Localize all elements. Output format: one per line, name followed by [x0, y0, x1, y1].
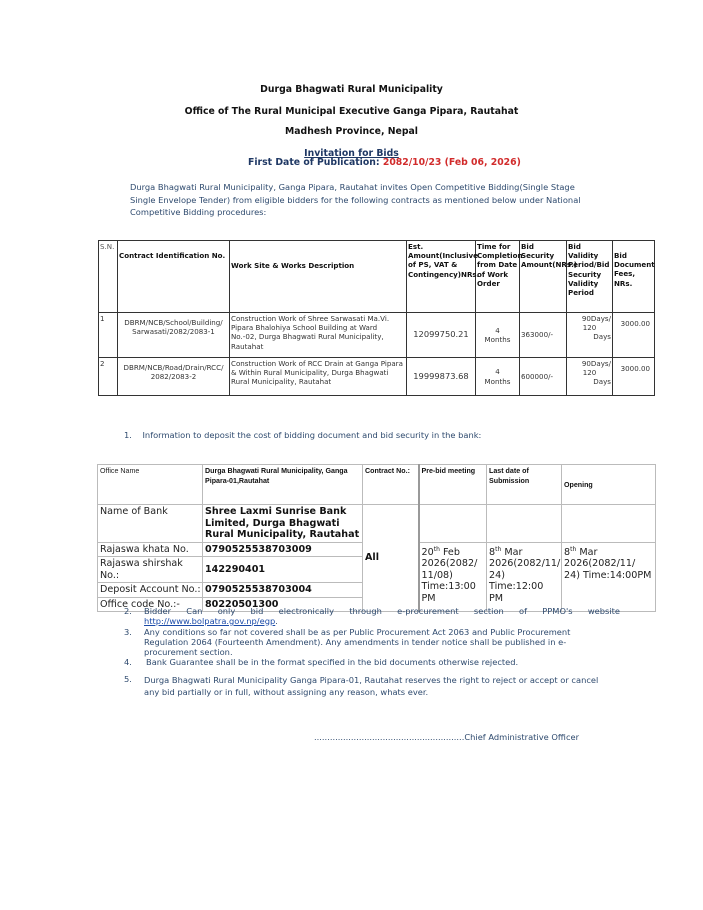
- item-number: 3.: [124, 627, 132, 637]
- office-name-value: Durga Bhagwati Rural Municipality, Ganga…: [203, 465, 363, 505]
- validity-part2: 120: [568, 368, 611, 377]
- validity-part3: Days: [568, 332, 611, 341]
- municipality-name: Durga Bhagwati Rural Municipality: [0, 84, 703, 95]
- khata-label: Rajaswa khata No.: [98, 542, 203, 557]
- info-item-5: 5. Durga Bhagwati Rural Municipality Gan…: [124, 674, 624, 698]
- item-number: 1.: [124, 430, 132, 440]
- info-item-4: 4. Bank Guarantee shall be in the format…: [124, 657, 624, 669]
- validity-part1: 90Days/: [568, 359, 611, 368]
- item-number: 2.: [124, 606, 132, 616]
- header-work-site: Work Site & Works Description: [230, 241, 407, 313]
- time-unit: Months: [477, 335, 518, 344]
- item-text: Any conditions so far not covered shall …: [144, 627, 584, 657]
- publication-label: First Date of Publication:: [248, 157, 380, 168]
- opening-value: 8th Mar 2026(2082/11/ 24) Time:14:00PM: [562, 542, 656, 612]
- empty-cell: [487, 505, 562, 543]
- row-est-amount: 19999873.68: [407, 358, 476, 396]
- item-body: Bidder Can only bid electronically throu…: [144, 606, 620, 626]
- last-date-value: 8th Mar 2026(2082/11/ 24) Time:12:00 PM: [487, 542, 562, 612]
- prebid-value: 20th Feb 2026(2082/ 11/08) Time:13:00 PM: [419, 542, 487, 612]
- time-unit: Months: [477, 377, 518, 386]
- row-doc-fees: 3000.00: [613, 358, 655, 396]
- prebid-day: 20: [422, 547, 434, 558]
- publication-date-line: First Date of Publication: 2082/10/23 (F…: [248, 157, 521, 168]
- header-time: Time for Completion from Date of Work Or…: [476, 241, 520, 313]
- time-number: 4: [477, 326, 518, 335]
- bolpatra-link[interactable]: http://www.bolpatra.gov.np/egp: [144, 616, 275, 626]
- row-contract-id: DBRM/NCB/School/Building/ Sarwasati/2082…: [118, 313, 230, 358]
- item-text: Information to deposit the cost of biddi…: [142, 430, 481, 440]
- intro-paragraph: Durga Bhagwati Rural Municipality, Ganga…: [130, 181, 590, 219]
- deposit-value: 0790525538703004: [203, 583, 363, 598]
- validity-part2: 120: [568, 323, 611, 332]
- row-sn: 1: [99, 313, 118, 358]
- last-rest: Mar 2026(2082/11/ 24) Time:12:00 PM: [489, 547, 560, 604]
- bank-info-table: Office Name Durga Bhagwati Rural Municip…: [97, 464, 656, 612]
- opening-sup: th: [570, 546, 576, 553]
- row-est-amount: 12099750.21: [407, 313, 476, 358]
- info-item-3: 3. Any conditions so far not covered sha…: [124, 627, 624, 657]
- contract-no-value: All: [363, 505, 419, 612]
- row-contract-id: DBRM/NCB/Road/Drain/RCC/ 2082/2083-2: [118, 358, 230, 396]
- row-time: 4 Months: [476, 313, 520, 358]
- shirshak-label: Rajaswa shirshak No.:: [98, 557, 203, 583]
- bank-header-row: Office Name Durga Bhagwati Rural Municip…: [98, 465, 656, 505]
- last-date-label: Last date of Submission: [487, 465, 562, 505]
- publication-date: 2082/10/23 (Feb 06, 2026): [383, 157, 521, 168]
- opening-label: Opening: [562, 465, 656, 505]
- signature-title: Chief Administrative Officer: [464, 732, 579, 742]
- row-work-site: Construction Work of Shree Sarwasati Ma.…: [230, 313, 407, 358]
- time-number: 4: [477, 367, 518, 376]
- bank-value: Shree Laxmi Sunrise Bank Limited, Durga …: [203, 505, 363, 543]
- empty-cell: [419, 505, 487, 543]
- header-contract-id: Contract Identification No.: [118, 241, 230, 313]
- header-validity: Bid Validity Period/Bid Security Validit…: [567, 241, 613, 313]
- row-bid-security: 363000/-: [520, 313, 567, 358]
- shirshak-value: 142290401: [203, 557, 363, 583]
- contract-no-label: Contract No.:: [363, 465, 419, 505]
- prebid-label: Pre-bid meeting: [419, 465, 487, 505]
- table-row: 2 DBRM/NCB/Road/Drain/RCC/ 2082/2083-2 C…: [99, 358, 655, 396]
- table-row: 1 DBRM/NCB/School/Building/ Sarwasati/20…: [99, 313, 655, 358]
- row-work-site: Construction Work of RCC Drain at Ganga …: [230, 358, 407, 396]
- last-sup: th: [495, 546, 501, 553]
- validity-part3: Days: [568, 377, 611, 386]
- office-name: Office of The Rural Municipal Executive …: [0, 106, 703, 117]
- prebid-sup: th: [434, 546, 440, 553]
- header-est-amount: Est. Amount(Inclusive of PS, VAT & Conti…: [407, 241, 476, 313]
- province-name: Madhesh Province, Nepal: [0, 126, 703, 137]
- bank-name-row: Name of Bank Shree Laxmi Sunrise Bank Li…: [98, 505, 656, 543]
- contracts-table: S.N. Contract Identification No. Work Si…: [98, 240, 655, 396]
- empty-cell: [562, 505, 656, 543]
- opening-rest: Mar 2026(2082/11/ 24) Time:14:00PM: [564, 547, 651, 581]
- item-number: 5.: [124, 674, 132, 684]
- item-number: 4.: [124, 657, 132, 667]
- deposit-label: Deposit Account No.:: [98, 583, 203, 598]
- header-bid-security: Bid Security Amount(NRs.): [520, 241, 567, 313]
- table-header-row: S.N. Contract Identification No. Work Si…: [99, 241, 655, 313]
- row-validity: 90Days/ 120 Days: [567, 358, 613, 396]
- item-text: Bank Guarantee shall be in the format sp…: [146, 657, 622, 667]
- office-name-label: Office Name: [98, 465, 203, 505]
- item-text: Bidder Can only bid electronically throu…: [144, 606, 620, 616]
- header-sn: S.N.: [99, 241, 118, 313]
- header-doc-fees: Bid Document Fees, NRs.: [613, 241, 655, 313]
- row-doc-fees: 3000.00: [613, 313, 655, 358]
- khata-value: 0790525538703009: [203, 542, 363, 557]
- item-text: Durga Bhagwati Rural Municipality Ganga …: [144, 674, 614, 698]
- row-bid-security: 600000/-: [520, 358, 567, 396]
- info-item-1: 1. Information to deposit the cost of bi…: [124, 430, 481, 440]
- row-validity: 90Days/ 120 Days: [567, 313, 613, 358]
- row-sn: 2: [99, 358, 118, 396]
- row-time: 4 Months: [476, 358, 520, 396]
- validity-part1: 90Days/: [568, 314, 611, 323]
- bank-label: Name of Bank: [98, 505, 203, 543]
- signature-line: ........................................…: [314, 732, 579, 742]
- info-item-2: 2. Bidder Can only bid electronically th…: [124, 606, 624, 626]
- signature-dots: ........................................…: [314, 732, 464, 742]
